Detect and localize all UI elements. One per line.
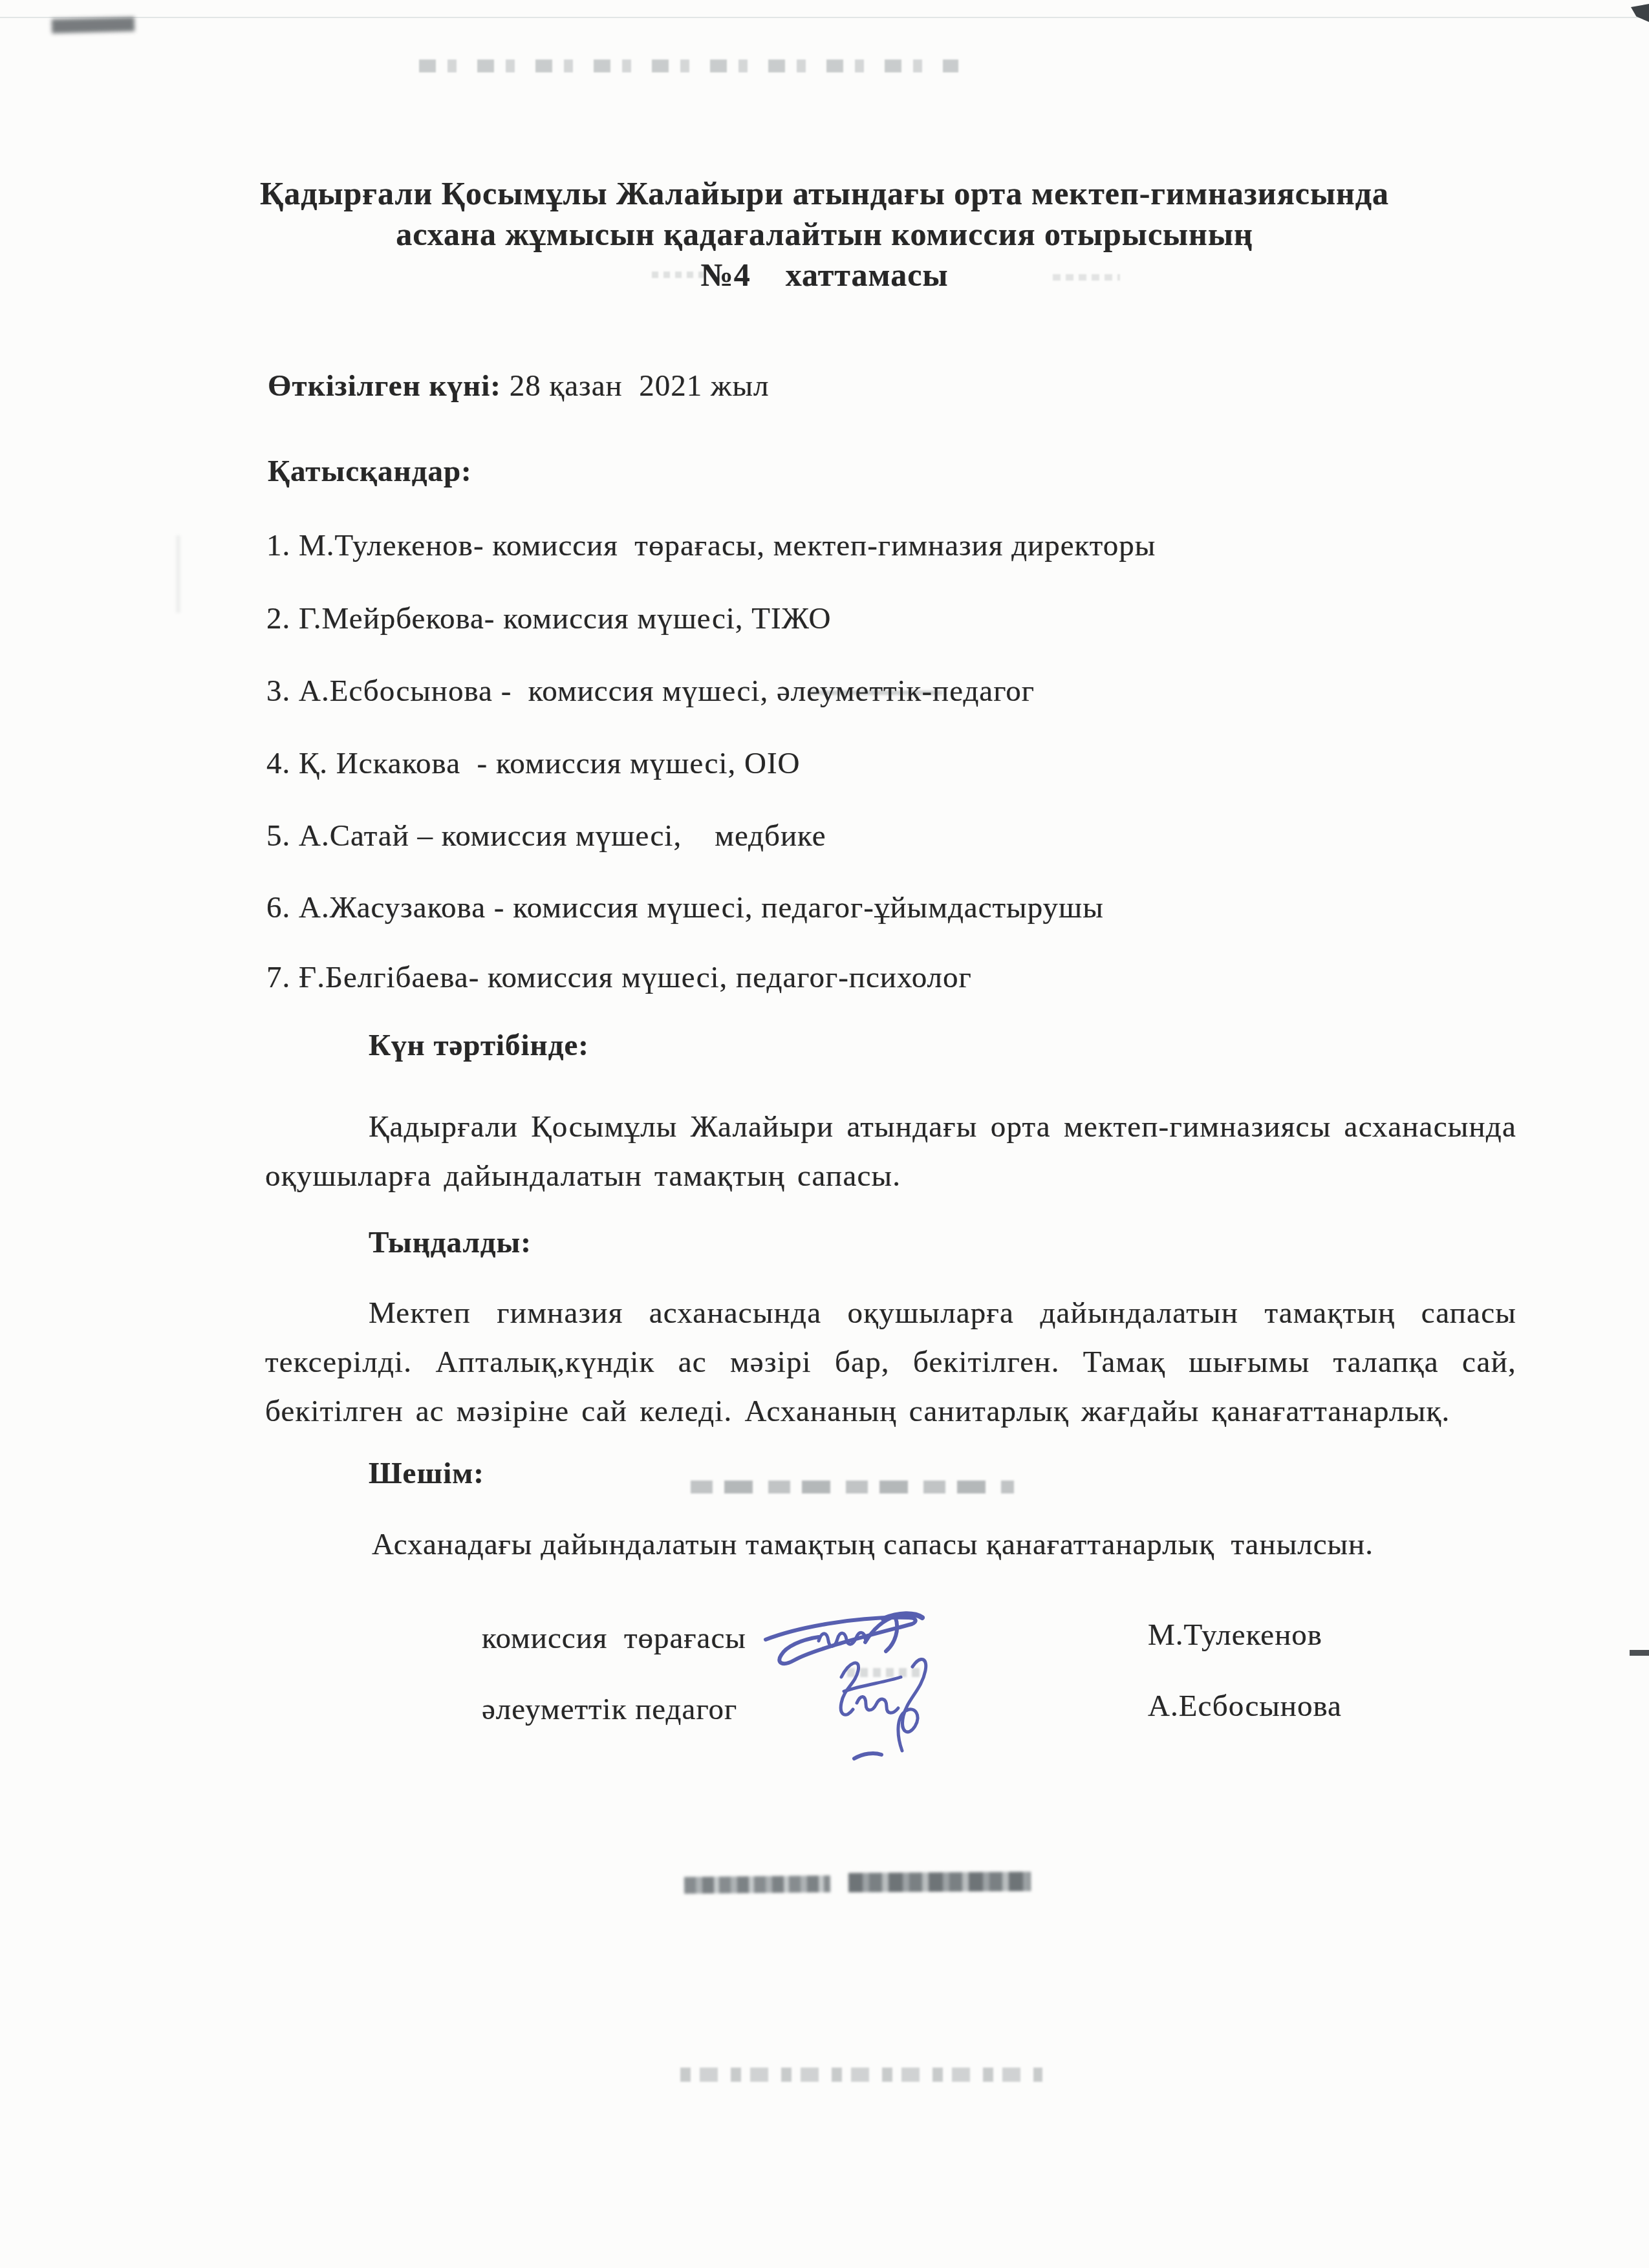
social-pedagog-signature-ink bbox=[818, 1649, 941, 1765]
signature-name-chairman: М.Тулекенов bbox=[1148, 1616, 1322, 1654]
agenda-paragraph: Қадырғали Қосымұлы Жалайыри атындағы орт… bbox=[265, 1102, 1516, 1201]
participant-item-6: 6. А.Жасузакова - комиссия мүшесі, педаг… bbox=[266, 889, 1104, 926]
scan-noise-band-top bbox=[419, 59, 958, 72]
scan-smudge-bottom-2 bbox=[848, 1872, 1031, 1892]
scan-smudge-bottom-1 bbox=[684, 1876, 830, 1894]
heard-paragraph: Мектеп гимназия асханасында оқушыларға д… bbox=[265, 1289, 1516, 1436]
scan-smudge-top-left bbox=[52, 17, 135, 33]
meeting-date-label: Өткізілген күні: bbox=[268, 369, 501, 403]
title-line-1: Қадырғали Қосымұлы Жалайыри атындағы орт… bbox=[0, 173, 1649, 214]
decision-paragraph: Асханадағы дайындалатын тамақтың сапасы … bbox=[372, 1526, 1374, 1563]
meeting-date-line: Өткізілген күні: 28 қазан 2021 жыл bbox=[268, 367, 769, 405]
scan-edge-line bbox=[0, 17, 1649, 18]
participant-item-4: 4. Қ. Искакова - комиссия мүшесі, ОІО bbox=[266, 745, 801, 782]
title-line-3-protocol-number: №4 хаттамасы bbox=[0, 255, 1649, 295]
participant-item-7: 7. Ғ.Белгібаева- комиссия мүшесі, педаго… bbox=[266, 959, 972, 996]
scan-smudge-bottom-3 bbox=[680, 2068, 1042, 2082]
scan-smudge-above-decision bbox=[691, 1481, 1014, 1493]
signature-name-social-pedagog: А.Есбосынова bbox=[1148, 1687, 1342, 1725]
scan-mark-left-margin bbox=[176, 535, 180, 613]
signature-role-social-pedagog: әлеуметтік педагог bbox=[482, 1691, 737, 1728]
participants-heading: Қатысқандар: bbox=[268, 453, 472, 490]
scan-mark-top-right-corner bbox=[1631, 4, 1649, 22]
participant-item-2: 2. Г.Мейрбекова- комиссия мүшесі, ТІЖО bbox=[266, 600, 832, 637]
decision-heading: Шешім: bbox=[369, 1455, 484, 1492]
participant-item-1: 1. М.Тулекенов- комиссия төрағасы, мекте… bbox=[266, 527, 1156, 564]
title-line-2: асхана жұмысын қадағалайтын комиссия оты… bbox=[0, 214, 1649, 255]
meeting-date-value: 28 қазан 2021 жыл bbox=[501, 369, 770, 403]
scanned-protocol-page: Қадырғали Қосымұлы Жалайыри атындағы орт… bbox=[0, 0, 1649, 2268]
scan-mark-right-edge bbox=[1630, 1650, 1649, 1656]
agenda-heading: Күн тәртібінде: bbox=[369, 1027, 589, 1064]
heard-heading: Тыңдалды: bbox=[369, 1224, 532, 1261]
participant-item-3: 3. А.Есбосынова - комиссия мүшесі, әлеум… bbox=[266, 672, 1035, 710]
participant-item-5: 5. А.Сатай – комиссия мүшесі, медбике bbox=[266, 817, 826, 855]
signature-role-chairman: комиссия төрағасы bbox=[482, 1620, 746, 1657]
document-title: Қадырғали Қосымұлы Жалайыри атындағы орт… bbox=[0, 173, 1649, 295]
